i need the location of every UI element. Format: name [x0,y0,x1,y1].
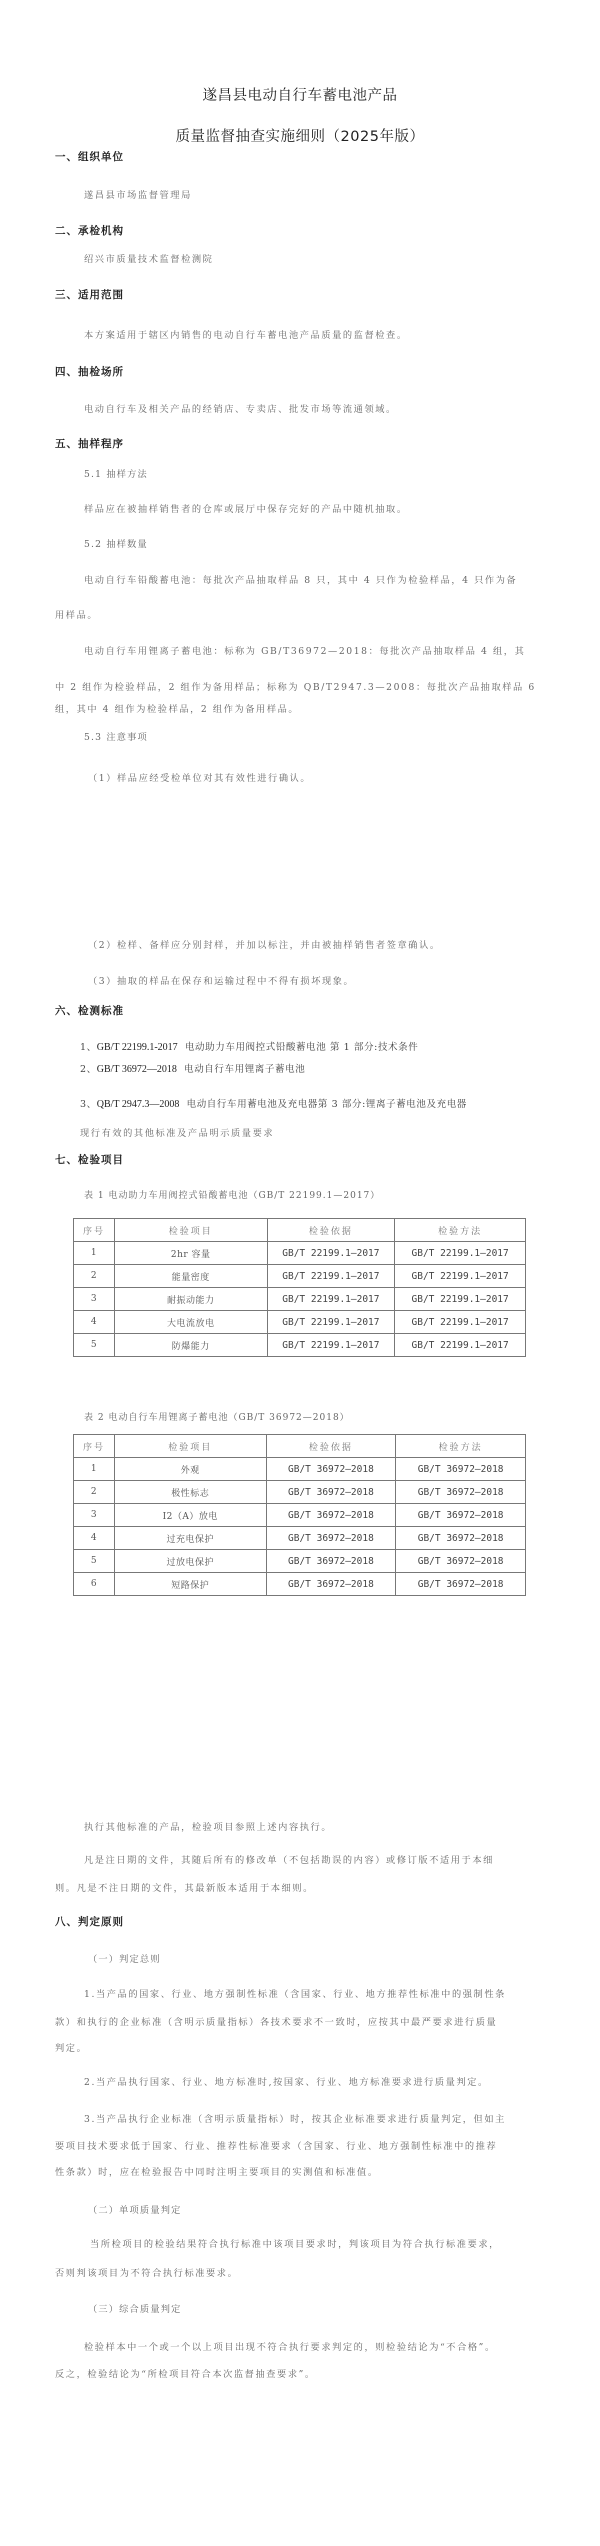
principle-1-line2: 款）和执行的企业标准（含明示质量指标）各技术要求不一致时，应按其中最严要求进行质… [55,2014,497,2028]
li-ion-quantity-line2: 中 2 组作为检验样品，2 组作为备用样品；标称为 QB/T2947.3—200… [55,679,536,693]
cell-item: 过放电保护 [114,1550,266,1573]
single-item-judgment-label: （二）单项质量判定 [88,2202,182,2216]
cell-method: GB/T 22199.1—2017 [395,1265,526,1288]
table-row: 3 I2（A）放电 GB/T 36972—2018 GB/T 36972—201… [74,1504,526,1527]
dated-docs-note-line2: 则。凡是不注日期的文件，其最新版本适用于本细则。 [55,1880,314,1894]
inspection-agency-text: 绍兴市质量技术监督检测院 [84,251,213,265]
col-header-index: 序号 [74,1219,115,1242]
cell-item: 大电流放电 [114,1311,267,1334]
cell-method: GB/T 36972—2018 [396,1550,526,1573]
section-heading-judgment-principles: 八、判定原则 [55,1914,124,1929]
cell-item: 外观 [114,1458,266,1481]
cell-method: GB/T 36972—2018 [396,1458,526,1481]
cell-index: 5 [74,1550,115,1573]
cell-method: GB/T 36972—2018 [396,1573,526,1596]
overall-judgment-line1: 检验样本中一个或一个以上项目出现不符合执行要求判定的，则检验结论为“不合格”。 [84,2339,496,2353]
precaution-item-2: （2）检样、备样应分别封样，并加以标注，并由被抽样销售者签章确认。 [88,937,441,951]
li-ion-quantity-line3: 组，其中 4 组作为检验样品，2 组作为备用样品。 [55,701,299,715]
table-row: 3 耐振动能力 GB/T 22199.1—2017 GB/T 22199.1—2… [74,1288,526,1311]
cell-method: GB/T 22199.1—2017 [395,1288,526,1311]
cell-method: GB/T 36972—2018 [396,1504,526,1527]
section-heading-test-items: 七、检验项目 [55,1152,124,1167]
cell-index: 5 [74,1334,115,1357]
cell-index: 4 [74,1527,115,1550]
col-header-item: 检验项目 [114,1219,267,1242]
cell-basis: GB/T 36972—2018 [266,1527,396,1550]
table-row: 5 防爆能力 GB/T 22199.1—2017 GB/T 22199.1—20… [74,1334,526,1357]
table2-caption: 表 2 电动自行车用锂离子蓄电池（GB/T 36972—2018） [84,1410,350,1423]
overall-judgment-line2: 反之，检验结论为“所检项目符合本次监督抽查要求”。 [55,2366,316,2380]
cell-index: 3 [74,1504,115,1527]
cell-method: GB/T 22199.1—2017 [395,1334,526,1357]
table-row: 1 外观 GB/T 36972—2018 GB/T 36972—2018 [74,1458,526,1481]
section-heading-sampling-procedure: 五、抽样程序 [55,436,124,451]
cell-basis: GB/T 36972—2018 [266,1573,396,1596]
principle-1-line3: 判定。 [55,2040,87,2054]
cell-item: 防爆能力 [114,1334,267,1357]
cell-basis: GB/T 22199.1—2017 [267,1334,395,1357]
section-heading-organizer: 一、组织单位 [55,149,124,164]
standard-item-2: 2、GB/T 36972—2018 电动自行车用锂离子蓄电池 [80,1061,305,1075]
cell-basis: GB/T 22199.1—2017 [267,1265,395,1288]
cell-index: 6 [74,1573,115,1596]
standard-item-3: 3、QB/T 2947.3—2008 电动自行车用蓄电池及充电器第 3 部分:锂… [80,1096,467,1110]
cell-item: 过充电保护 [114,1527,266,1550]
organizer-text: 遂昌县市场监督管理局 [84,187,192,201]
cell-method: GB/T 36972—2018 [396,1481,526,1504]
single-item-judgment-line1: 当所检项目的检验结果符合执行标准中该项目要求时，判该项目为符合执行标准要求， [90,2236,500,2250]
sampling-location-text: 电动自行车及相关产品的经销店、专卖店、批发市场等流通领域。 [84,401,397,415]
cell-item: 2hr 容量 [114,1242,267,1265]
scope-text: 本方案适用于辖区内销售的电动自行车蓄电池产品质量的监督检查。 [84,327,408,341]
section-heading-scope: 三、适用范围 [55,287,124,302]
general-principles-label: （一）判定总则 [88,1951,161,1965]
table-row: 1 2hr 容量 GB/T 22199.1—2017 GB/T 22199.1—… [74,1242,526,1265]
cell-method: GB/T 22199.1—2017 [395,1242,526,1265]
cell-basis: GB/T 22199.1—2017 [267,1311,395,1334]
section-heading-test-standards: 六、检测标准 [55,1003,124,1018]
table1-caption: 表 1 电动助力车用阀控式铅酸蓄电池（GB/T 22199.1—2017） [84,1188,380,1201]
standard-item-1: 1、GB/T 22199.1-2017 电动助力车用阀控式铅酸蓄电池 第 1 部… [80,1039,418,1053]
cell-index: 1 [74,1242,115,1265]
table-lead-acid-test-items: 序号 检验项目 检验依据 检验方法 1 2hr 容量 GB/T 22199.1—… [73,1218,526,1357]
table-row: 4 大电流放电 GB/T 22199.1—2017 GB/T 22199.1—2… [74,1311,526,1334]
principle-3-line1: 3.当产品执行企业标准（含明示质量指标）时，按其企业标准要求进行质量判定，但如主 [84,2111,506,2125]
lead-acid-quantity-line1: 电动自行车铅酸蓄电池：每批次产品抽取样品 8 只，其中 4 只作为检验样品，4 … [84,572,517,586]
cell-method: GB/T 36972—2018 [396,1527,526,1550]
table-header-row: 序号 检验项目 检验依据 检验方法 [74,1435,526,1458]
cell-index: 2 [74,1481,115,1504]
standard-number: 3、 [80,1099,97,1110]
standard-number: 1、 [80,1042,97,1053]
subsection-5-2-label: 5.2 抽样数量 [84,536,148,550]
overall-judgment-label: （三）综合质量判定 [88,2301,182,2315]
subsection-5-3-label: 5.3 注意事项 [84,729,148,743]
precaution-item-1: （1）样品应经受检单位对其有效性进行确认。 [88,770,311,784]
cell-index: 2 [74,1265,115,1288]
standards-note: 现行有效的其他标准及产品明示质量要求 [80,1125,274,1139]
col-header-basis: 检验依据 [267,1219,395,1242]
cell-index: 4 [74,1311,115,1334]
standard-code: GB/T 22199.1-2017 [97,1042,178,1053]
cell-basis: GB/T 36972—2018 [266,1481,396,1504]
table-row: 5 过放电保护 GB/T 36972—2018 GB/T 36972—2018 [74,1550,526,1573]
cell-basis: GB/T 36972—2018 [266,1504,396,1527]
col-header-method: 检验方法 [396,1435,526,1458]
col-header-basis: 检验依据 [266,1435,396,1458]
cell-method: GB/T 22199.1—2017 [395,1311,526,1334]
cell-item: 极性标志 [114,1481,266,1504]
cell-item: 短路保护 [114,1573,266,1596]
cell-item: I2（A）放电 [114,1504,266,1527]
precaution-item-3: （3）抽取的样品在保存和运输过程中不得有损坏现象。 [88,973,354,987]
cell-item: 耐振动能力 [114,1288,267,1311]
sampling-method-text: 样品应在被抽样销售者的仓库或展厅中保存完好的产品中随机抽取。 [84,501,408,515]
standard-name: 电动自行车用锂离子蓄电池 [184,1064,305,1075]
principle-3-line3: 性条款）时，应在检验报告中同时注明主要项目的实测值和标准值。 [55,2164,379,2178]
standard-name: 电动助力车用阀控式铅酸蓄电池 第 1 部分:技术条件 [185,1042,418,1053]
cell-basis: GB/T 22199.1—2017 [267,1242,395,1265]
table-row: 4 过充电保护 GB/T 36972—2018 GB/T 36972—2018 [74,1527,526,1550]
other-standards-note: 执行其他标准的产品，检验项目参照上述内容执行。 [84,1819,332,1833]
document-title-line2: 质量监督抽查实施细则（2025年版） [0,125,600,146]
cell-basis: GB/T 36972—2018 [266,1550,396,1573]
col-header-method: 检验方法 [395,1219,526,1242]
principle-3-line2: 要项目技术要求低于国家、行业、推荐性标准要求（含国家、行业、地方强制性标准中的推… [55,2138,497,2152]
table-li-ion-test-items: 序号 检验项目 检验依据 检验方法 1 外观 GB/T 36972—2018 G… [73,1434,526,1596]
dated-docs-note-line1: 凡是注日期的文件，其随后所有的修改单（不包括勘误的内容）或修订版不适用于本细 [84,1852,494,1866]
table-row: 2 能量密度 GB/T 22199.1—2017 GB/T 22199.1—20… [74,1265,526,1288]
section-heading-inspection-agency: 二、承检机构 [55,223,124,238]
table-row: 6 短路保护 GB/T 36972—2018 GB/T 36972—2018 [74,1573,526,1596]
principle-2: 2.当产品执行国家、行业、地方标准时,按国家、行业、地方标准要求进行质量判定。 [84,2074,489,2088]
single-item-judgment-line2: 否则判该项目为不符合执行标准要求。 [55,2265,238,2279]
standard-code: GB/T 36972—2018 [97,1064,177,1075]
standard-name: 电动自行车用蓄电池及充电器第 3 部分:锂离子蓄电池及充电器 [187,1099,467,1110]
table-header-row: 序号 检验项目 检验依据 检验方法 [74,1219,526,1242]
table-row: 2 极性标志 GB/T 36972—2018 GB/T 36972—2018 [74,1481,526,1504]
lead-acid-quantity-line2: 用样品。 [55,607,98,621]
cell-basis: GB/T 36972—2018 [266,1458,396,1481]
section-heading-sampling-location: 四、抽检场所 [55,364,124,379]
cell-index: 3 [74,1288,115,1311]
standard-number: 2、 [80,1064,97,1075]
col-header-index: 序号 [74,1435,115,1458]
cell-index: 1 [74,1458,115,1481]
li-ion-quantity-line1: 电动自行车用锂离子蓄电池：标称为 GB/T36972—2018：每批次产品抽取样… [84,643,525,657]
cell-basis: GB/T 22199.1—2017 [267,1288,395,1311]
subsection-5-1-label: 5.1 抽样方法 [84,466,148,480]
standard-code: QB/T 2947.3—2008 [97,1099,180,1110]
principle-1-line1: 1.当产品的国家、行业、地方强制性标准（含国家、行业、地方推荐性标准中的强制性条 [84,1986,506,2000]
document-title-line1: 遂昌县电动自行车蓄电池产品 [0,84,600,105]
cell-item: 能量密度 [114,1265,267,1288]
col-header-item: 检验项目 [114,1435,266,1458]
